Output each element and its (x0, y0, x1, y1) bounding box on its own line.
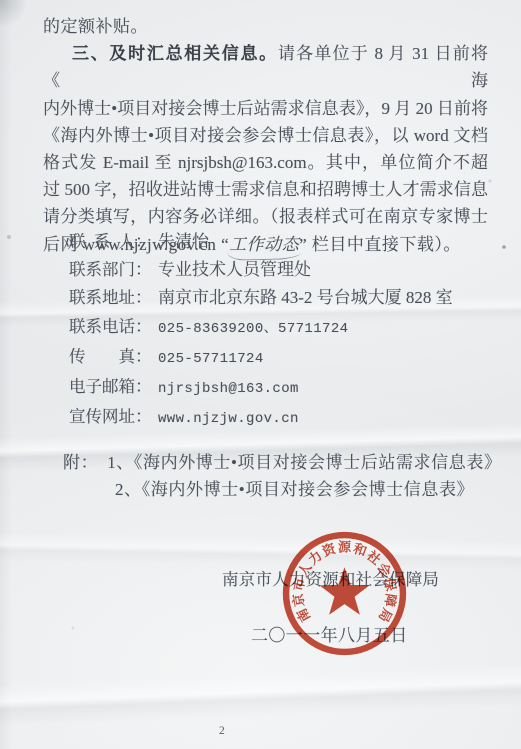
contact-value: 朱清怡 (158, 232, 209, 251)
seal-char: 保 (381, 576, 399, 593)
contact-row-department: 联系部门：专业技术人员管理处 (69, 256, 453, 284)
contact-label: 联系电话 (69, 313, 135, 341)
contact-colon: ： (135, 260, 152, 279)
contact-value: 025-57711724 (158, 351, 264, 367)
contact-colon: ： (135, 288, 152, 307)
scan-specks (0, 0, 2, 2)
paragraph-line: 请分类填写，内容务必详细。（报表样式可在南京专家博士 (43, 203, 488, 230)
contact-row-website: 宣传网址：www.njzjw.gov.cn (69, 403, 453, 433)
attachment-item: 2、《海内外博士•项目对接会参会博士信息表》 (115, 480, 474, 499)
attachment-row: 2、《海内外博士•项目对接会参会博士信息表》 (63, 476, 502, 503)
contact-label: 联系部门 (69, 256, 135, 284)
paragraph-line: 格式发 E-mail 至 njrsjbsh@163.com。其中，单位简介不超 (43, 149, 488, 176)
seal-char: 源 (338, 540, 352, 555)
contact-label: 电子邮箱 (69, 373, 135, 401)
contact-label: 宣传网址 (69, 403, 135, 431)
scanned-document-page: 的定额补贴。 三、及时汇总相关信息。请各单位于 8 月 31 日前将《海 内外博… (0, 0, 521, 749)
contact-block: 联系人：朱清怡 联系部门：专业技术人员管理处 联系地址：南京市北京东路 43-2… (69, 228, 453, 433)
attachment-label: 附： (63, 453, 98, 472)
attachment-row: 附：1、《海内外博士•项目对接会博士后站需求信息表》 (63, 449, 502, 476)
contact-colon: ： (135, 317, 152, 336)
contact-value: njrsjbsh@163.com (158, 381, 299, 397)
contact-row-email: 电子邮箱：njrsjbsh@163.com (69, 373, 453, 403)
paragraph-line: 的定额补贴。 (43, 13, 488, 40)
seal-star-icon (320, 567, 370, 614)
attachment-item: 1、《海内外博士•项目对接会博士后站需求信息表》 (107, 453, 501, 472)
contact-value: 025-83639200、57711724 (158, 321, 348, 337)
contact-row-fax: 传真：025-57711724 (69, 343, 453, 373)
contact-colon: ： (135, 377, 152, 396)
contact-colon: ： (135, 232, 152, 251)
body-paragraph: 的定额补贴。 三、及时汇总相关信息。请各单位于 8 月 31 日前将《海 内外博… (43, 13, 488, 258)
page-number: 2 (219, 725, 225, 737)
paragraph-line: 三、及时汇总相关信息。请各单位于 8 月 31 日前将《海 (43, 40, 488, 94)
contact-label: 传真 (69, 343, 135, 371)
seal-char: 障 (382, 593, 400, 608)
contact-row-person: 联系人：朱清怡 (69, 228, 453, 256)
paper-crease (0, 663, 521, 727)
contact-colon: ： (135, 347, 152, 366)
paragraph-line: 《海内外博士•项目对接会参会博士信息表》，以 word 文档 (43, 122, 488, 149)
attachment-list: 附：1、《海内外博士•项目对接会博士后站需求信息表》 2、《海内外博士•项目对接… (63, 449, 502, 503)
official-seal: 南京市人力资源和社会保障局 (281, 530, 408, 657)
seal-char: 京 (289, 593, 307, 608)
contact-row-phone: 联系电话：025-83639200、57711724 (69, 313, 453, 343)
contact-value: 专业技术人员管理处 (158, 260, 311, 279)
contact-label: 联系人 (69, 228, 135, 256)
contact-value: 南京市北京东路 43-2 号台城大厦 828 室 (158, 288, 453, 307)
contact-value: www.njzjw.gov.cn (158, 411, 299, 427)
contact-label: 联系地址 (69, 284, 135, 312)
contact-row-address: 联系地址：南京市北京东路 43-2 号台城大厦 828 室 (69, 284, 453, 312)
seal-char: 市 (289, 576, 307, 592)
section-heading: 三、及时汇总相关信息。 (72, 44, 278, 63)
paragraph-line: 内外博士•项目对接会博士后站需求信息表》，9 月 20 日前将 (43, 95, 488, 122)
contact-colon: ： (135, 407, 152, 426)
paragraph-line: 过 500 字，招收进站博士需求信息和招聘博士人才需求信息 (43, 176, 488, 203)
